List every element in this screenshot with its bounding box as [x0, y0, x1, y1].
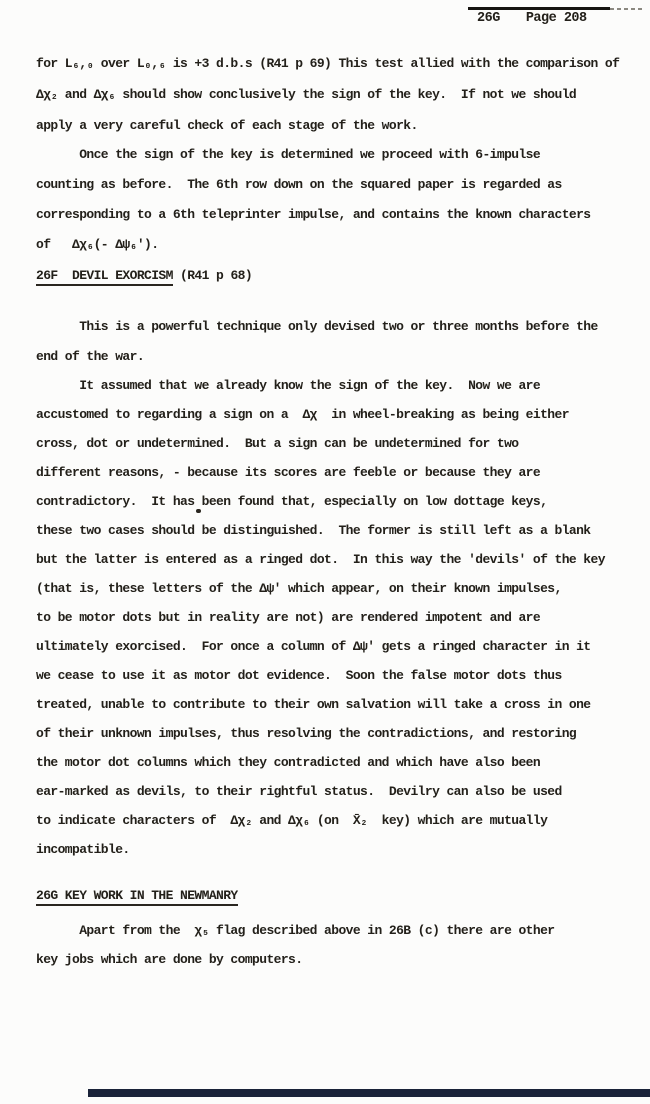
section-heading-26f: 26F DEVIL EXORCISM (R41 p 68): [36, 268, 252, 283]
paragraph-key-work: Apart from the χ₅ flag described above i…: [36, 916, 555, 974]
header-rule-line-faint: [610, 8, 644, 10]
paragraph-six-impulse-counting: Once the sign of the key is determined w…: [36, 140, 591, 260]
paragraph-intro: for L₆,₀ over L₀,₆ is +3 d.b.s (R41 p 69…: [36, 48, 619, 141]
scan-speck: [196, 509, 201, 513]
section-heading-26f-reference: (R41 p 68): [173, 268, 252, 283]
scan-edge-artifact-bar: [88, 1089, 650, 1097]
section-heading-26f-title: 26F DEVIL EXORCISM: [36, 268, 173, 286]
paragraph-devil-exorcism-body: It assumed that we already know the sign…: [36, 371, 605, 864]
page-header: 26GPage 208: [477, 11, 587, 26]
section-heading-26g: 26G KEY WORK IN THE NEWMANRY: [36, 888, 238, 903]
header-rule-line: [468, 7, 610, 10]
section-number: 26G: [477, 11, 500, 26]
scanned-document-page: 26GPage 208 for L₆,₀ over L₀,₆ is +3 d.b…: [0, 0, 650, 1104]
paragraph-powerful-technique: This is a powerful technique only devise…: [36, 312, 598, 372]
section-heading-26g-title: 26G KEY WORK IN THE NEWMANRY: [36, 888, 238, 906]
page-number: Page 208: [526, 11, 587, 26]
